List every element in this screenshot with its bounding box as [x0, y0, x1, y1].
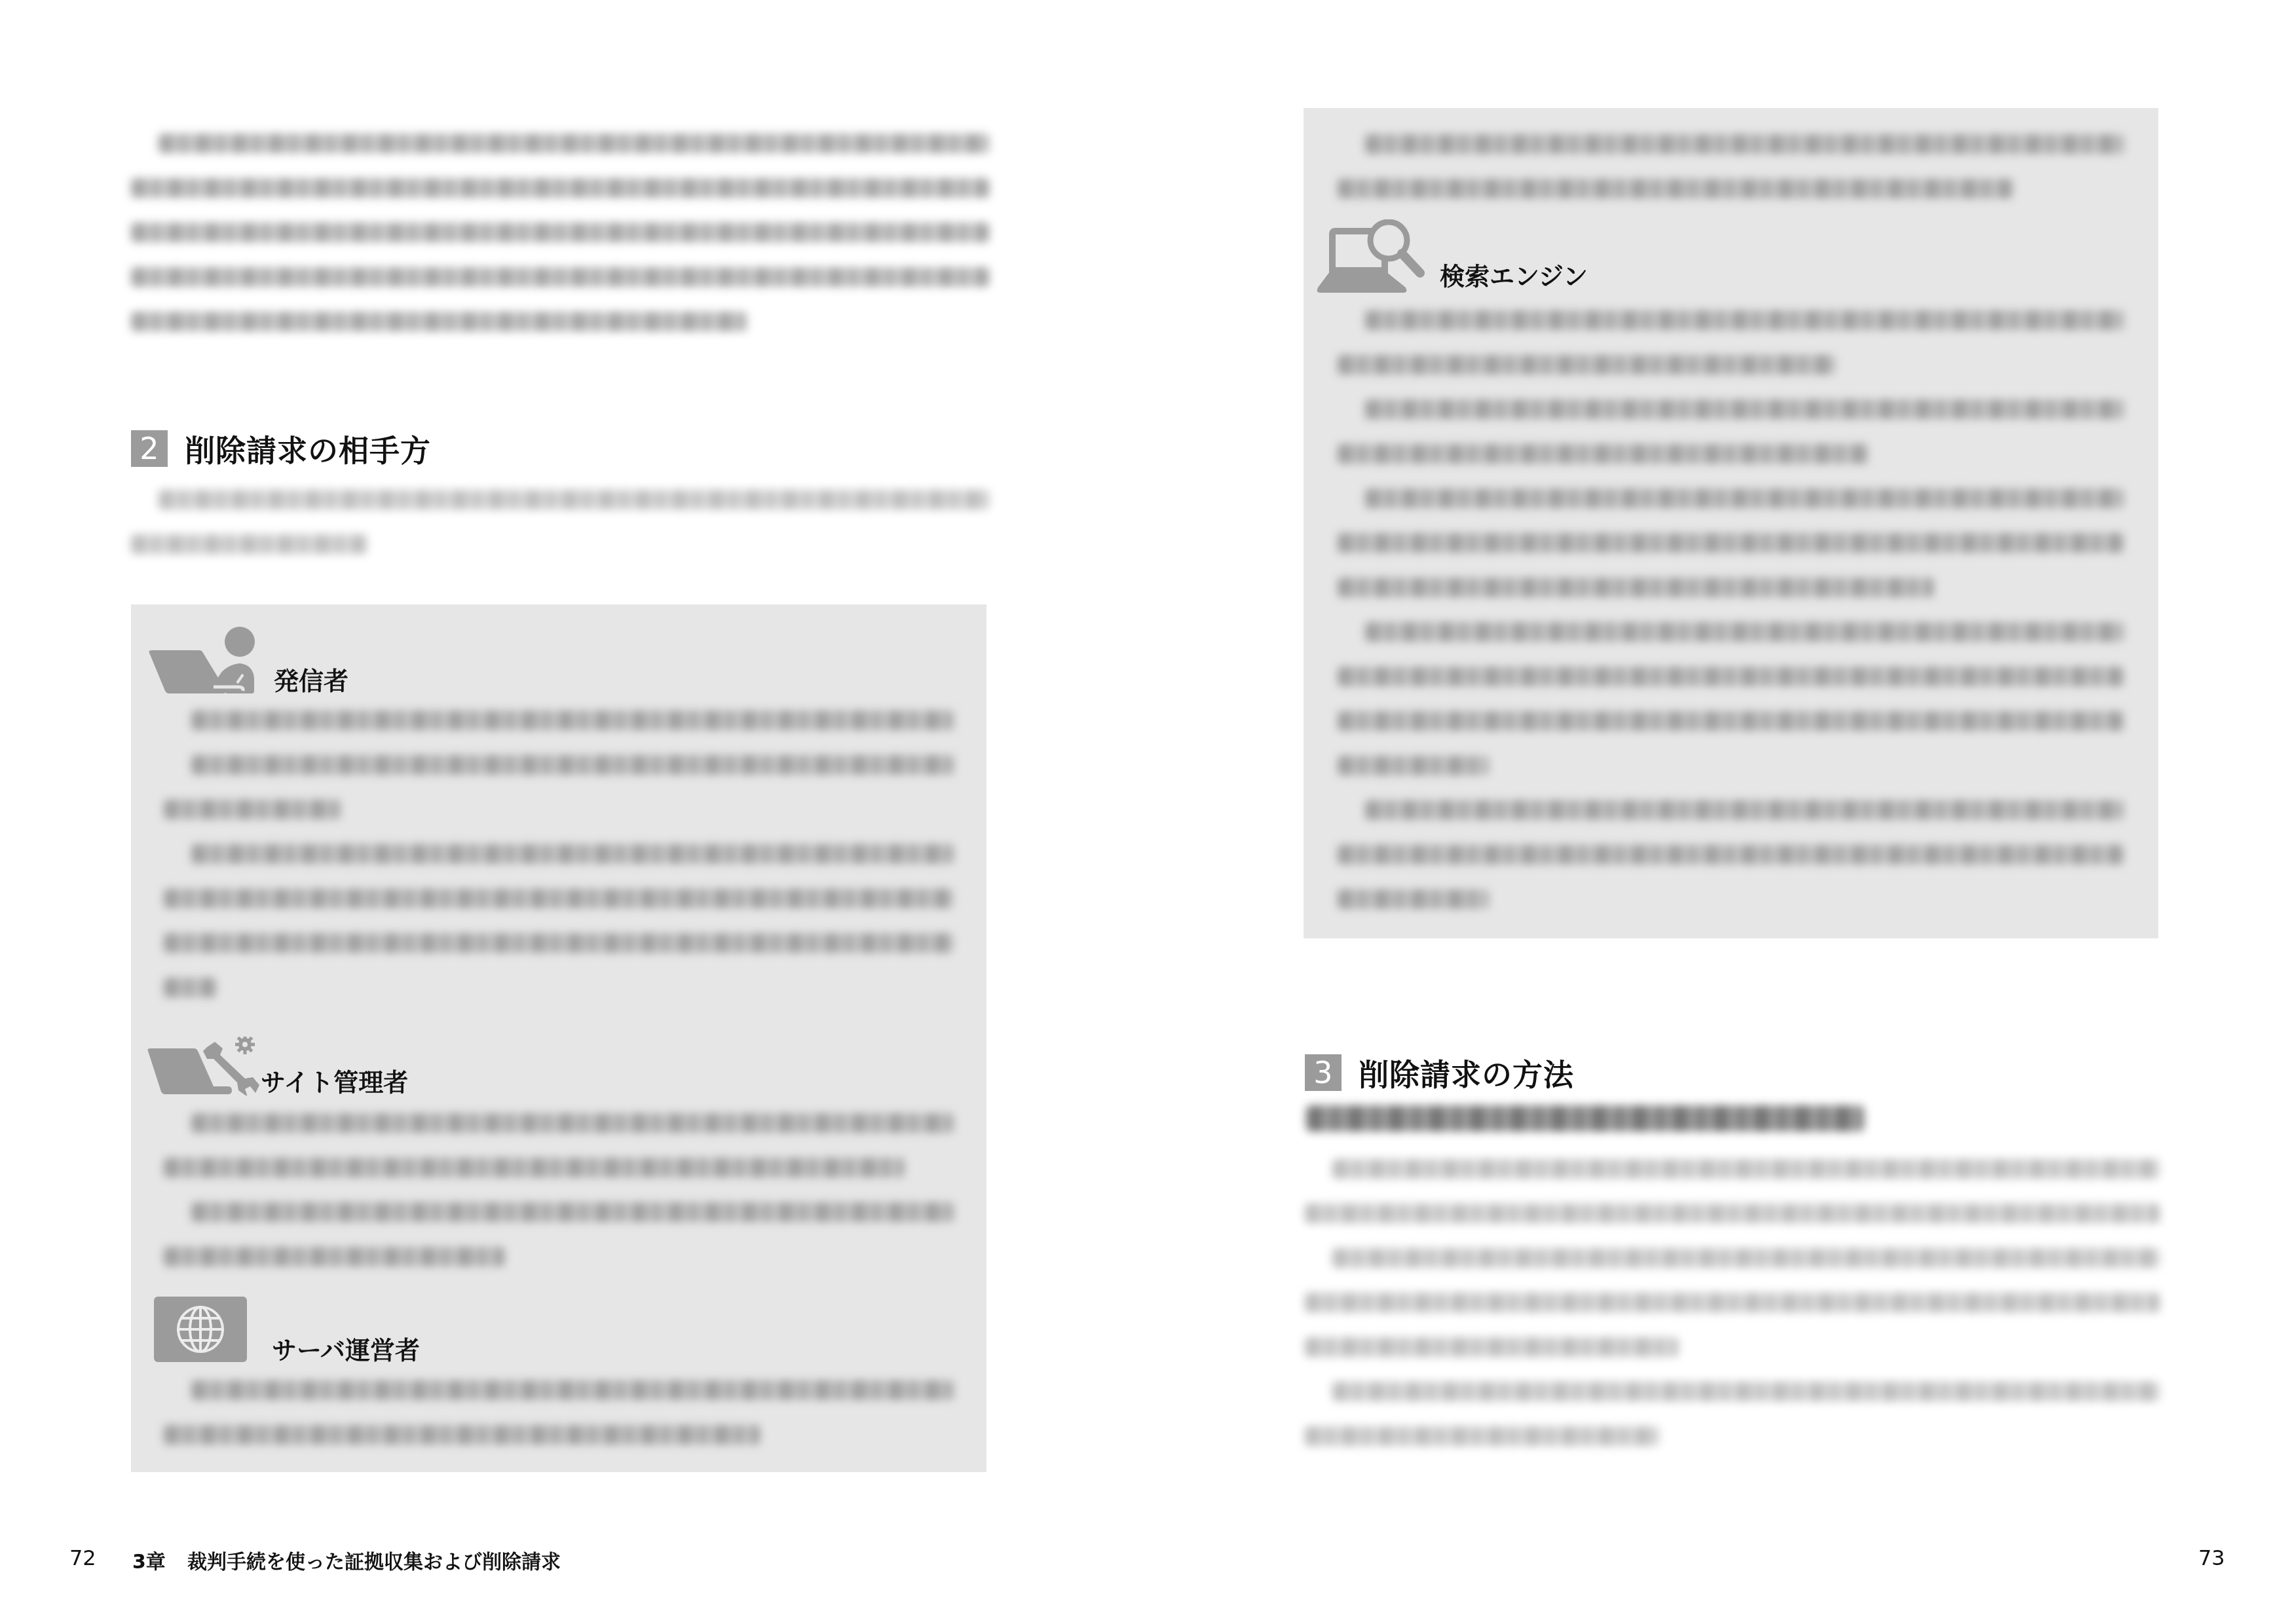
item-server-operator: サーバ運営者: [154, 1297, 420, 1366]
globe-icon: [154, 1297, 248, 1366]
section-title: 削除請求の相手方: [185, 427, 431, 470]
person-at-laptop-icon: [148, 625, 266, 697]
item-label-server-operator: サーバ運営者: [272, 1330, 420, 1366]
running-header-title: 裁判手続を使った証拠収集および削除請求: [187, 1545, 561, 1574]
item-search-engine: 検索エンジン: [1317, 219, 1588, 297]
right-page: 検索エンジン 3 削除請求の方法 73: [1145, 0, 2290, 1624]
running-header-chapter: 3章: [132, 1545, 166, 1574]
box-lead-blurred: [1338, 134, 2124, 223]
left-page: 2 削除請求の相手方 発信者: [0, 0, 1145, 1624]
section-intro-blurred: [131, 490, 989, 579]
page-number-right: 73: [2198, 1545, 2225, 1570]
item-label-sender: 発信者: [274, 661, 348, 697]
section-body-blurred: [1305, 1159, 2160, 1471]
section-heading-2: 2 削除請求の相手方: [131, 427, 431, 470]
item-search-engine-body-blurred: [1338, 310, 2124, 934]
item-label-site-admin: サイト管理者: [261, 1062, 408, 1098]
laptop-wrench-gear-icon: [147, 1037, 265, 1098]
item-server-operator-body-blurred: [164, 1380, 954, 1469]
item-sender: 発信者: [148, 625, 348, 697]
item-label-search-engine: 検索エンジン: [1440, 256, 1588, 292]
section-number-badge: 3: [1305, 1054, 1342, 1091]
item-sender-body-blurred: [164, 710, 954, 1022]
item-site-admin-body-blurred: [164, 1113, 954, 1291]
section-number-badge: 2: [131, 430, 168, 467]
section-heading-3: 3 削除請求の方法: [1305, 1051, 1574, 1094]
intro-paragraph-blurred: [131, 134, 989, 356]
page-number-left: 72: [69, 1545, 96, 1570]
item-site-admin: サイト管理者: [147, 1037, 408, 1098]
section-title: 削除請求の方法: [1359, 1051, 1574, 1094]
laptop-magnifier-icon: [1317, 219, 1435, 297]
subsection-heading-blurred: [1306, 1105, 1864, 1132]
